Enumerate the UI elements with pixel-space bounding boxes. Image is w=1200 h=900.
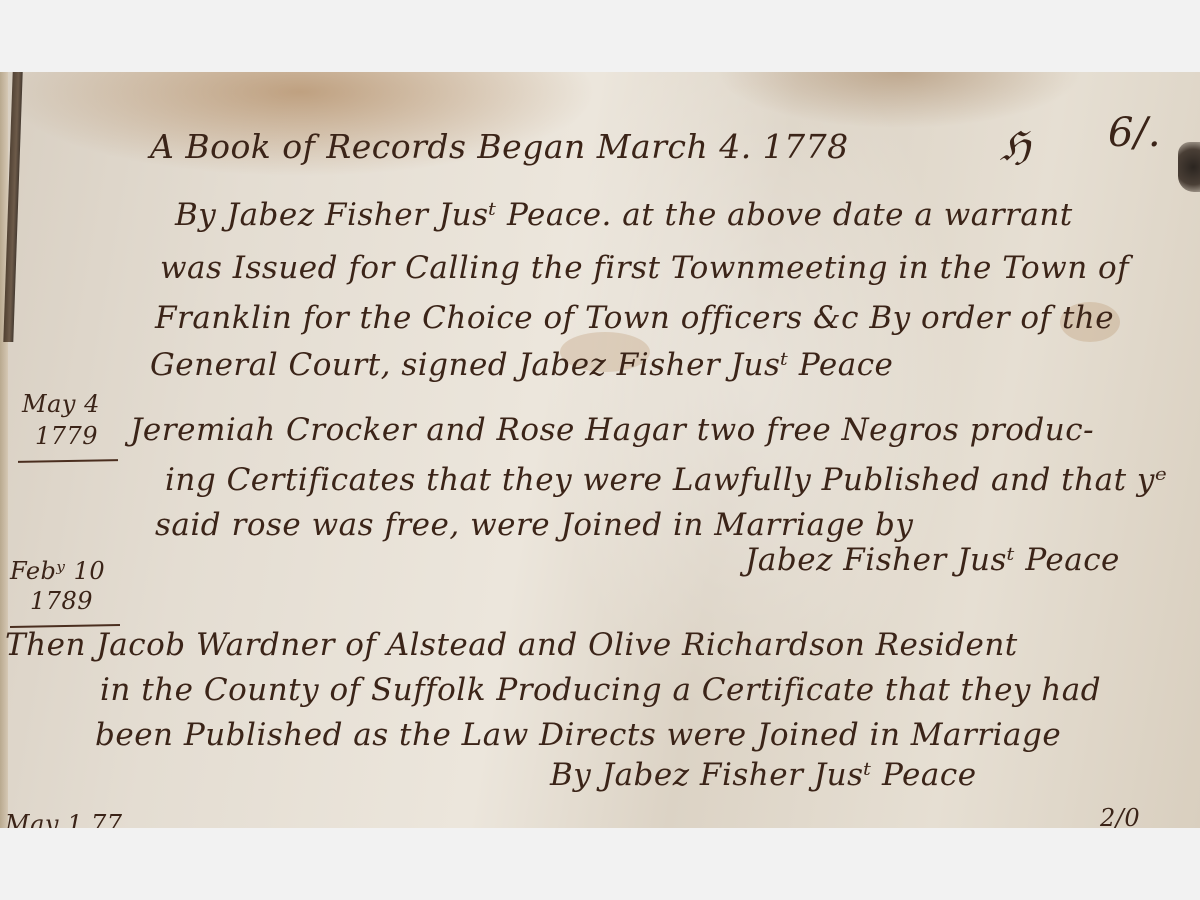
entry-1-line-1: was Issued for Calling the first Townmee…: [160, 250, 1129, 286]
entry-2-line-1: Jeremiah Crocker and Rose Hagar two free…: [130, 412, 1094, 448]
page-number: 6/.: [1108, 110, 1161, 156]
header-title: A Book of Records Began March 4. 1778: [150, 127, 849, 166]
entry-2-margin-year: 1779: [35, 422, 98, 450]
entry-3-margin-date: Febʸ 10: [10, 557, 105, 585]
cutoff-margin-note: May 1 77: [5, 810, 123, 828]
entry-2-line-3: said rose was free, were Joined in Marri…: [155, 507, 913, 543]
ink-blot: [1178, 142, 1200, 192]
entry-2-margin-date: May 4: [22, 390, 100, 418]
entry-3-signature: By Jabez Fisher Jusᵗ Peace: [550, 757, 977, 793]
entry-2-line-2: ing Certificates that they were Lawfully…: [165, 462, 1167, 498]
entry-2-signature: Jabez Fisher Jusᵗ Peace: [745, 542, 1120, 578]
cutoff-note-right: 2/0: [1100, 804, 1140, 828]
entry-3-line-3: been Published as the Law Directs were J…: [95, 717, 1061, 753]
entry-1-line-2: Franklin for the Choice of Town officers…: [155, 300, 1114, 336]
entry-3-margin-year: 1789: [30, 587, 93, 615]
margin-underline: [18, 459, 118, 463]
header-line-2: By Jabez Fisher Jusᵗ Peace. at the above…: [175, 197, 1073, 233]
corner-flourish: ℌ: [1000, 124, 1031, 170]
entry-1-line-3: General Court, signed Jabez Fisher Jusᵗ …: [150, 347, 893, 383]
page-edge: [0, 72, 8, 828]
entry-3-line-1: Then Jacob Wardner of Alstead and Olive …: [5, 627, 1018, 663]
entry-3-line-2: in the County of Suffolk Producing a Cer…: [100, 672, 1101, 708]
document-photo: A Book of Records Began March 4. 1778 ℌ …: [0, 72, 1200, 828]
